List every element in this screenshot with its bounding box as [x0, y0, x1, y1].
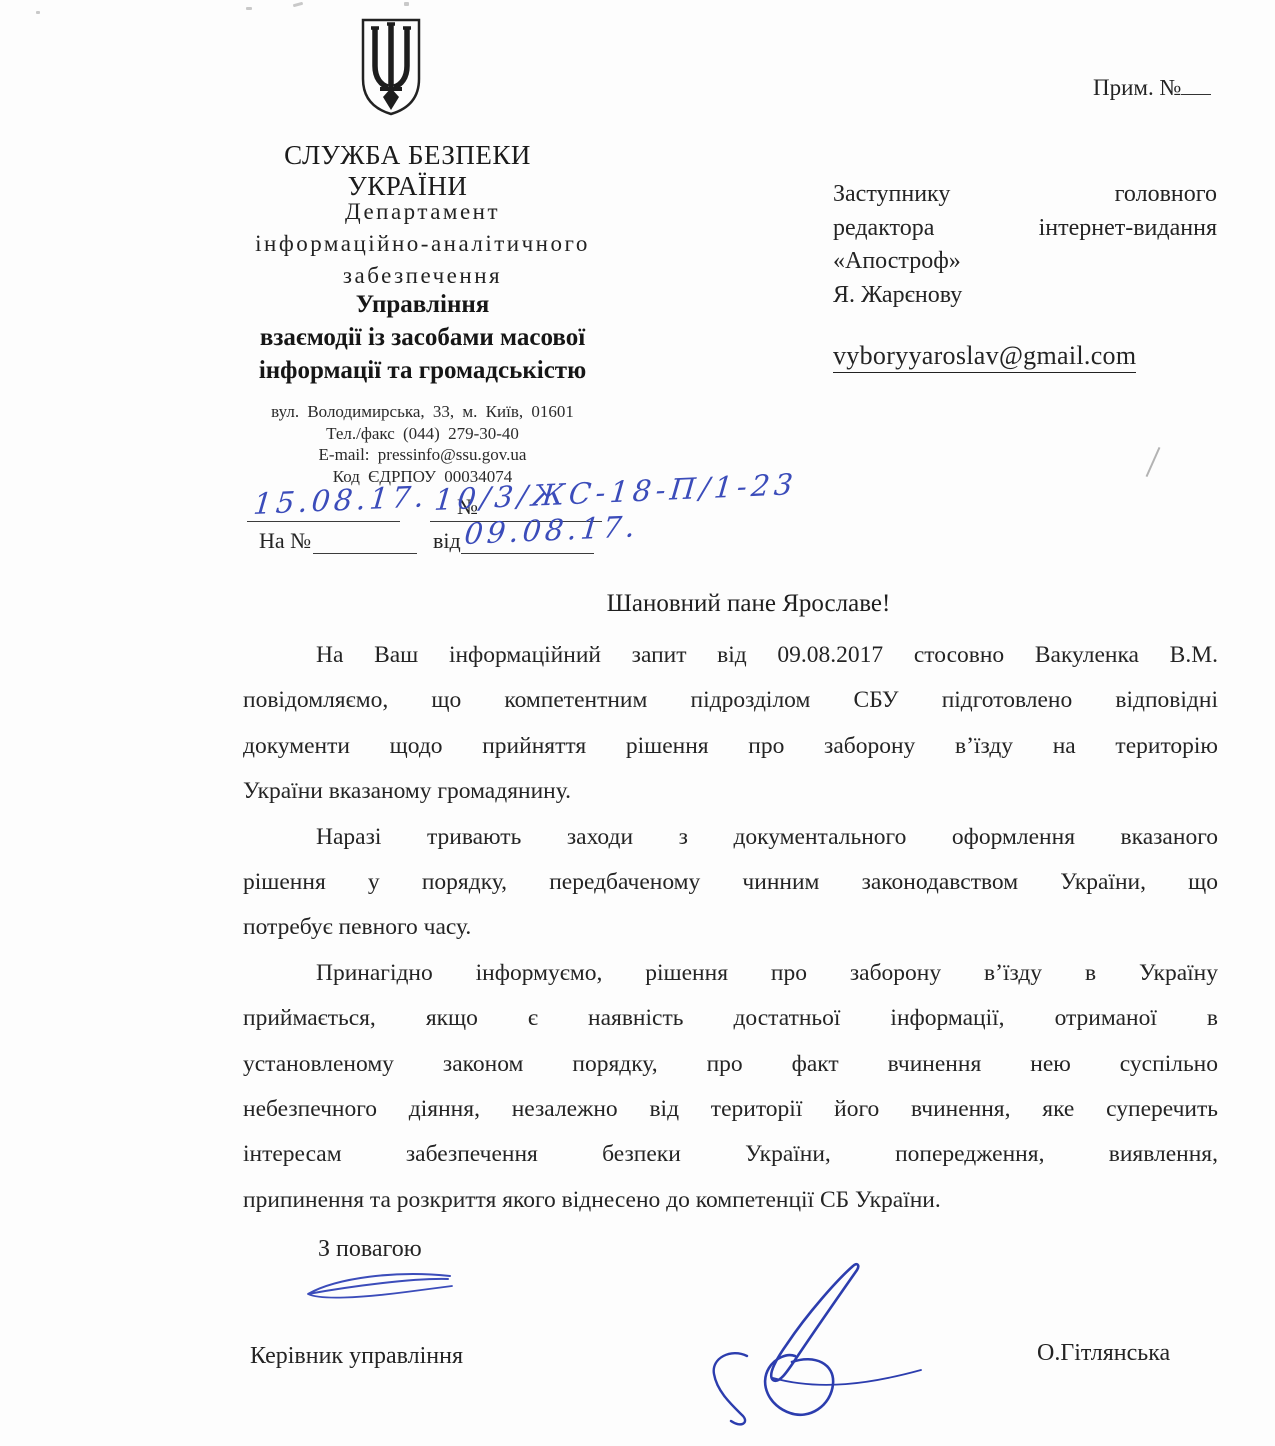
- ukraine-trident-emblem: [358, 16, 424, 123]
- email-text: vyboryyaroslav@gmail.com: [833, 341, 1136, 373]
- body-line: документи щодо прийняття рішення про заб…: [243, 724, 1218, 769]
- form-line: [247, 521, 400, 522]
- scan-speck: [246, 7, 252, 10]
- body-line: Наразі тривають заходи з документального…: [243, 815, 1218, 860]
- reply-number-label: На №: [259, 528, 311, 554]
- body-line: Принагідно інформуємо, рішення про забор…: [243, 951, 1218, 996]
- scanned-letter-page: СЛУЖБА БЕЗПЕКИ УКРАЇНИ Департамент інфор…: [0, 0, 1275, 1446]
- address-line: Тел./факс (044) 279-30-40: [230, 423, 615, 445]
- letter-body: На Ваш інформаційний запит від 09.08.201…: [243, 633, 1218, 1223]
- agency-name: СЛУЖБА БЕЗПЕКИ УКРАЇНИ: [230, 140, 585, 202]
- department-name: Департамент інформаційно-аналітичного за…: [230, 196, 615, 292]
- recipient-line: Заступнику головного: [833, 178, 1217, 212]
- department-line: Департамент: [230, 196, 615, 228]
- copy-number-label: Прим. №: [1093, 75, 1181, 100]
- recipient-word: редактора: [833, 212, 934, 246]
- division-line: інформації та громадськістю: [230, 354, 615, 387]
- scan-speck: [293, 2, 303, 7]
- address-block: вул. Володимирська, 33, м. Київ, 01601 Т…: [230, 401, 615, 487]
- recipient-word: інтернет-видання: [1039, 212, 1217, 246]
- body-line: потребує певного часу.: [243, 905, 1218, 950]
- signature-scribble: [695, 1258, 935, 1446]
- form-line: [313, 553, 417, 554]
- recipient-word: Заступнику: [833, 178, 950, 212]
- copy-number-note: Прим. №: [1093, 75, 1211, 101]
- body-line: приймається, якщо є наявність достатньої…: [243, 996, 1218, 1041]
- regards-text: З повагою: [318, 1236, 422, 1263]
- recipient-line: Я. Жарєнову: [833, 279, 1217, 313]
- body-line: повідомляємо, що компетентним підрозділо…: [243, 678, 1218, 723]
- pen-slash-mark: [1146, 447, 1161, 477]
- form-line: [461, 553, 594, 554]
- division-name: Управління взаємодії із засобами масової…: [230, 288, 615, 387]
- copy-number-blank: [1181, 76, 1211, 95]
- body-line: інтересам забезпечення безпеки України, …: [243, 1132, 1218, 1177]
- department-line: інформаційно-аналітичного: [230, 228, 615, 260]
- division-line: Управління: [230, 288, 615, 321]
- scan-speck: [404, 2, 409, 6]
- salutation: Шановний пане Ярославе!: [243, 590, 1236, 618]
- body-line: На Ваш інформаційний запит від 09.08.201…: [243, 633, 1218, 678]
- signer-position: Керівник управління: [250, 1343, 463, 1370]
- recipient-email: vyboryyaroslav@gmail.com: [833, 341, 1136, 371]
- ref-date-handwritten: 15.08.17.: [252, 479, 429, 521]
- body-line: України вказаному громадянину.: [243, 769, 1218, 814]
- recipient-block: Заступнику головного редактора інтернет-…: [833, 178, 1217, 312]
- address-line: E-mail: pressinfo@ssu.gov.ua: [230, 444, 615, 466]
- signer-name: О.Гітлянська: [1037, 1340, 1170, 1367]
- recipient-line: «Апостроф»: [833, 245, 1217, 279]
- recipient-line: редактора інтернет-видання: [833, 212, 1217, 246]
- body-line: рішення у порядку, передбаченому чинним …: [243, 860, 1218, 905]
- regards-flourish: [300, 1268, 460, 1313]
- recipient-word: головного: [1115, 178, 1217, 212]
- reply-from-label: від: [433, 528, 461, 554]
- body-line: небезпечного діяння, незалежно від терит…: [243, 1087, 1218, 1132]
- body-line: припинення та розкриття якого віднесено …: [243, 1178, 1218, 1223]
- body-line: установленому законом порядку, про факт …: [243, 1042, 1218, 1087]
- scan-speck: [36, 11, 40, 14]
- division-line: взаємодії із засобами масової: [230, 321, 615, 354]
- address-line: вул. Володимирська, 33, м. Київ, 01601: [230, 401, 615, 423]
- reply-date-handwritten: 09.08.17.: [463, 509, 640, 551]
